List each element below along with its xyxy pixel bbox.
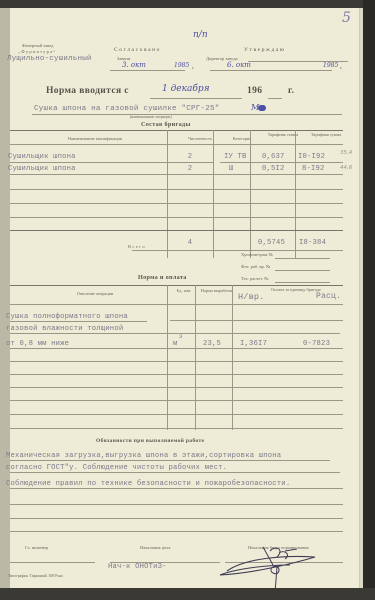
- payment-description-line: газовой влажности толщиной: [6, 325, 123, 333]
- crew-col-category: Категория: [224, 136, 260, 141]
- norm-year-suffix: г.: [288, 86, 294, 96]
- typed-signatory: Нач-к ОНОТиЗ-: [108, 563, 167, 571]
- payment-row-line: [10, 414, 343, 415]
- duty-underline: [10, 472, 340, 473]
- duty-underline: [10, 504, 343, 505]
- factory-label: Фанерный завод: [22, 43, 53, 48]
- crew-total-rate: 0,5745: [258, 239, 285, 247]
- crew-section-title: Состав бригады: [141, 121, 191, 128]
- norm-date-line: [150, 98, 242, 99]
- duty-underline: [10, 531, 343, 532]
- photo-line: [275, 270, 330, 271]
- printer-footer: Типография. Тиражный. 308 Роно: [8, 574, 63, 578]
- payment-unit: м: [173, 340, 178, 348]
- norm-intro-date: 1 декабря: [162, 84, 210, 94]
- payment-vline-1: [167, 285, 168, 430]
- approved-year-suffix: г.: [340, 65, 342, 70]
- payment-vline-2: [195, 285, 196, 430]
- crew-row-line: [10, 162, 213, 163]
- duty-underline: [10, 460, 330, 461]
- crew-col-qualification: Наименование квалификации: [30, 136, 160, 141]
- scan-border-right: [363, 0, 375, 600]
- payment-section-title: Норма и оплата: [138, 274, 187, 281]
- payment-col-rate: Расц.: [316, 292, 341, 301]
- payment-row-line: [10, 361, 343, 362]
- page-number: 5: [342, 10, 351, 26]
- crew-total-sum: I8-384: [299, 239, 326, 247]
- payment-col-unit: Ед. изм.: [170, 288, 198, 293]
- duty-underline: [10, 518, 343, 519]
- crew-total-label: Всего: [128, 244, 146, 249]
- scan-border-bottom: [0, 588, 375, 600]
- tech-calc-ref: Тех. расчет. №: [241, 276, 269, 281]
- duties-section-title: Обязанности при выполняемой работе: [96, 438, 204, 444]
- approved-label: Утверждаю: [244, 47, 286, 53]
- payment-col-description: Описание операции: [30, 291, 160, 296]
- duty-line: согласно ГОСТ"у. Соблюдение чистоты рабо…: [6, 464, 227, 472]
- workshop-name: Лущильно-сушильный: [7, 55, 92, 63]
- agreed-label: Согласовано: [114, 47, 161, 53]
- crew-row-line: [10, 189, 343, 190]
- crew-row-category: IУ ТВ: [224, 153, 247, 161]
- crew-row-line: [10, 203, 343, 204]
- crew-row-line: [10, 217, 343, 218]
- crew-vline-1: [167, 130, 168, 258]
- crew-row-name: Сушильщик шпона: [8, 165, 76, 173]
- payment-table-top: [10, 285, 343, 286]
- duty-underline: [10, 488, 343, 489]
- norm-intro-year: 196: [247, 86, 262, 96]
- crew-vline-3: [250, 130, 251, 258]
- approved-date-line: [210, 70, 332, 71]
- payment-row-line: [170, 320, 343, 321]
- operation-caption: (наименование операции): [130, 115, 172, 119]
- payment-desc-underline: [10, 321, 147, 322]
- crew-total-count: 4: [170, 239, 210, 247]
- payment-rate: 0-7823: [303, 340, 330, 348]
- agreed-year-suffix: г.: [192, 65, 194, 70]
- payment-row-line: [10, 333, 340, 334]
- chronometry-line: [275, 258, 330, 259]
- crew-col-rate: Тарифная ставка: [262, 132, 304, 137]
- agreed-date-day: 3. окт: [122, 61, 146, 69]
- agreed-handwritten-mark: п/п: [193, 30, 208, 40]
- crew-row-rate: 0,637: [262, 153, 285, 161]
- crew-row-line: [220, 162, 343, 163]
- chief-engineer-label: Гл. инженер: [25, 545, 48, 550]
- document-page: 5 Фанерный завод „Фурнитура“ Лущильно-су…: [10, 8, 363, 588]
- operation-line: [32, 114, 342, 115]
- crew-row-sum: 8-I92: [302, 165, 325, 173]
- chief-engineer-line: [10, 562, 95, 563]
- payment-norm-output: 23,5: [203, 340, 221, 348]
- crew-col-sum: Тарифная сумма: [306, 132, 346, 137]
- operation-name: Сушка шпона на газовой сушилке "СРГ-25": [34, 105, 220, 113]
- payment-col-time-norm: Н/вр.: [238, 292, 265, 302]
- payment-row-line: [10, 387, 343, 388]
- crew-row-category: Ш: [229, 165, 234, 173]
- crew-row-pencil-note: 35,4: [340, 150, 352, 156]
- payment-row-line: [10, 374, 343, 375]
- crew-row-line: [10, 174, 343, 175]
- crew-row-count: 2: [170, 165, 210, 173]
- scan-border-top: [0, 0, 375, 8]
- crew-row-name: Сушильщик шпона: [8, 153, 76, 161]
- crew-row-count: 2: [170, 153, 210, 161]
- chronometry-ref: Хронометраж №: [241, 252, 273, 257]
- norm-intro-label: Норма вводится с: [46, 86, 129, 96]
- payment-header-divider: [10, 304, 343, 305]
- duty-line: Механическая загрузка,выгрузка шпона в э…: [6, 452, 281, 460]
- crew-vline-4: [295, 130, 296, 258]
- agreed-date-year: 1985: [174, 62, 189, 69]
- approved-date-day: 6. окт: [227, 61, 251, 69]
- crew-row-pencil-note: 44,6: [340, 165, 352, 171]
- shop-head-label: Начальник цеха: [140, 545, 170, 550]
- approved-date-year: 1985: [323, 62, 338, 69]
- payment-vline-3: [232, 285, 233, 430]
- payment-unit-power: 3: [179, 333, 183, 340]
- payment-description-line: Сушка полноформатного шпона: [6, 313, 128, 321]
- payment-row-line: [10, 400, 343, 401]
- crew-total-underline: [132, 250, 343, 251]
- photo-ref: Фот. раб. вр. №: [241, 264, 270, 269]
- ink-blot: [258, 105, 266, 111]
- payment-row-line: [10, 428, 343, 429]
- crew-header-divider: [10, 144, 343, 145]
- tech-calc-line: [275, 282, 330, 283]
- crew-table-top: [10, 130, 343, 131]
- crew-row-rate: 0,5I2: [262, 165, 285, 173]
- payment-description-line: от 0,8 мм ниже: [6, 340, 69, 348]
- agreed-date-line: [110, 70, 185, 71]
- factory-name: „Фурнитура“: [18, 49, 56, 54]
- duty-line: Соблюдение правил по технике безопасност…: [6, 480, 290, 488]
- crew-row-sum: I0-I92: [298, 153, 325, 161]
- payment-col-norm-output: Норма выработки: [198, 288, 236, 293]
- crew-total-divider: [10, 230, 343, 231]
- payment-row-line: [10, 348, 343, 349]
- crew-vline-2: [213, 130, 214, 258]
- payment-time-norm: I,36I7: [240, 340, 267, 348]
- norm-year-line: [268, 98, 282, 99]
- crew-col-count: Численность: [177, 136, 223, 141]
